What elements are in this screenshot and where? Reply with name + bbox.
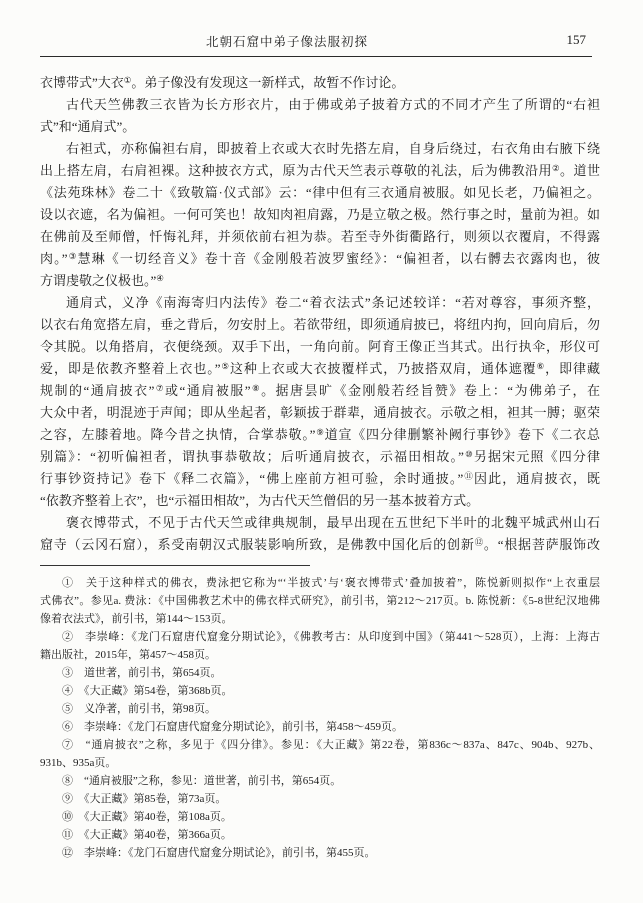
footnote-ref: ③: [68, 251, 78, 261]
body-line: 大众中者，明混迹于声闻；即从坐起者，彰颖拔于群辈，通肩披衣。示敬之相，袒其一膊；…: [40, 402, 600, 424]
body-line: 方谓虔敬之仪极也。”④: [40, 270, 600, 292]
footnote-line: ⑩ 《大正藏》第40卷，第108a页。: [40, 808, 600, 826]
footnote-line: ⑥ 李崇峰：《龙门石窟唐代窟龛分期试论》，前引书，第458～459页。: [40, 718, 600, 736]
footnotes: ① 关于这种样式的佛衣，费泳把它称为“‘半披式’与‘褒衣博带式’叠加披着”，陈悦…: [40, 574, 600, 862]
body-line: 以衣右角宽搭左肩，垂之背后，勿安肘上。若欲带纽，即须通肩披已，将纽内拘，回向肩后…: [40, 314, 600, 336]
footnote-ref: ⑨: [315, 427, 324, 437]
body-line: 窟寺（云冈石窟），系受南朝汉式服装影响所致，是佛教中国化后的创新⑫。“根据菩萨服…: [40, 534, 600, 556]
header-row: 北朝石窟中弟子像法服初探 157: [40, 32, 600, 51]
body-line: 在佛前及至师僧，忏悔礼拜，并须依前右袒为恭。若至寺外街衢路行，则须以衣覆肩，不得…: [40, 226, 600, 248]
body-line: 肉。”③慧琳《一切经音义》卷十音《金刚般若波罗蜜经》：“偏袒者，以右髆去衣露肉也…: [40, 248, 600, 270]
footnote-line: ⑨ 《大正藏》第85卷，第73a页。: [40, 790, 600, 808]
body-line: 别篇》：“初听偏袒者，谓执事恭敬故；后听通肩披衣，示福田相故。”⑩另据宋元照《四…: [40, 446, 600, 468]
body-line: 衣博带式”大衣①。弟子像没有发现这一新样式，故暂不作讨论。: [40, 72, 600, 94]
footnote-line: ② 李崇峰：《龙门石窟唐代窟龛分期试论》，《佛教考古：从印度到中国》（第441～…: [40, 628, 600, 646]
body-line: 右袒式，亦称偏袒右肩，即披着上衣或大衣时先搭左肩，自身后绕过，右衣角由右腋下绕: [40, 138, 600, 160]
page-number: 157: [567, 32, 587, 48]
footnote-separator: [40, 565, 310, 566]
footnote-line: 籍出版社，2015年，第457～458页。: [40, 646, 600, 664]
body-line: 之容，左膝着地。降今昔之执情，合掌恭敬。”⑨道宣《四分律删繁补阙行事钞》卷下《二…: [40, 424, 600, 446]
paper-page: 北朝石窟中弟子像法服初探 157 衣博带式”大衣①。弟子像没有发现这一新样式，故…: [0, 0, 643, 903]
body-line: 《法苑珠林》卷二十《致敬篇·仪式部》云：“律中但有三衣通肩被服。如见长老，乃偏袒…: [40, 182, 600, 204]
body-line: 设以衣遮，名为偏袒。一何可笑也！故知肉袒肩露，乃是立敬之极。然行事之时，量前为袒…: [40, 204, 600, 226]
body-line: 令其脱。以角搭肩，衣便绕颈。双手下出，一角向前。阿育王像正当其式。出行执伞，形仪…: [40, 336, 600, 358]
footnote-ref: ⑩: [464, 449, 474, 459]
footnote-line: 931b、935a页。: [40, 754, 600, 772]
footnote-ref: ⑪: [463, 471, 474, 481]
footnote-ref: ⑧: [250, 383, 261, 393]
footnote-ref: ④: [156, 273, 164, 283]
body-line: 式”和“通肩式”。: [40, 116, 600, 138]
footnote-ref: ①: [124, 75, 132, 85]
running-title: 北朝石窟中弟子像法服初探: [206, 32, 368, 50]
footnote-line: ⑤ 义净著，前引书，第98页。: [40, 700, 600, 718]
footnote-line: ④ 《大正藏》第54卷，第368b页。: [40, 682, 600, 700]
article-body: 衣博带式”大衣①。弟子像没有发现这一新样式，故暂不作讨论。古代天竺佛教三衣皆为长…: [40, 72, 600, 556]
footnote-line: ③ 道世著，前引书，第654页。: [40, 664, 600, 682]
footnote-line: ⑦ “通肩披衣”之称，多见于《四分律》。参见：《大正藏》第22卷，第836c～8…: [40, 736, 600, 754]
body-line: 出上搭左肩，右肩袒裸。这种披衣方式，原为古代天竺表示尊敬的礼法，后为佛教沿用②。…: [40, 160, 600, 182]
footnote-ref: ⑥: [537, 361, 546, 371]
body-line: 行事钞资持记》卷下《释二衣篇》，“佛上座前方袒可验，余时通披。”⑪因此，通肩披衣…: [40, 468, 600, 490]
body-line: 古代天竺佛教三衣皆为长方形衣片，由于佛或弟子披着方式的不同才产生了所谓的“右袒: [40, 94, 600, 116]
footnote-ref: ⑦: [154, 383, 165, 393]
footnote-line: 像着衣法式》，前引书，第144～153页。: [40, 610, 600, 628]
footnote-line: ⑫ 李崇峰：《龙门石窟唐代窟龛分期试论》，前引书，第455页。: [40, 844, 600, 862]
footnote-ref: ②: [552, 163, 560, 173]
body-line: “依教齐整着上衣”，也“示福田相故”，为古代天竺僧侣的另一基本披着方式。: [40, 490, 600, 512]
body-line: 通肩式，义净《南海寄归内法传》卷二“着衣法式”条记述较详：“若对尊容，事须齐整，: [40, 292, 600, 314]
footnote-line: ① 关于这种样式的佛衣，费泳把它称为“‘半披式’与‘褒衣博带式’叠加披着”，陈悦…: [40, 574, 600, 592]
footnote-line: ⑧ “通肩被服”之称，参见：道世著，前引书，第654页。: [40, 772, 600, 790]
footnote-ref: ⑫: [475, 537, 484, 547]
footnote-line: ⑪ 《大正藏》第40卷，第366a页。: [40, 826, 600, 844]
body-line: 爱，即是依教齐整着上衣也。”⑤这种上衣或大衣披覆样式，乃披搭双肩，通体遮覆⑥，即…: [40, 358, 600, 380]
body-line: 褒衣博带式，不见于古代天竺或律典规制，最早出现在五世纪下半叶的北魏平城武州山石: [40, 512, 600, 534]
page-header: 北朝石窟中弟子像法服初探 157: [40, 32, 600, 57]
footnote-ref: ⑤: [220, 361, 230, 371]
body-line: 规制的“通肩披衣”⑦或“通肩被服”⑧。据唐昙旷《金刚般若经旨赞》卷上：“为佛弟子…: [40, 380, 600, 402]
header-rule: [40, 56, 592, 57]
footnote-line: 式佛衣”。参见a. 费泳：《中国佛教艺术中的佛衣样式研究》，前引书，第212～2…: [40, 592, 600, 610]
